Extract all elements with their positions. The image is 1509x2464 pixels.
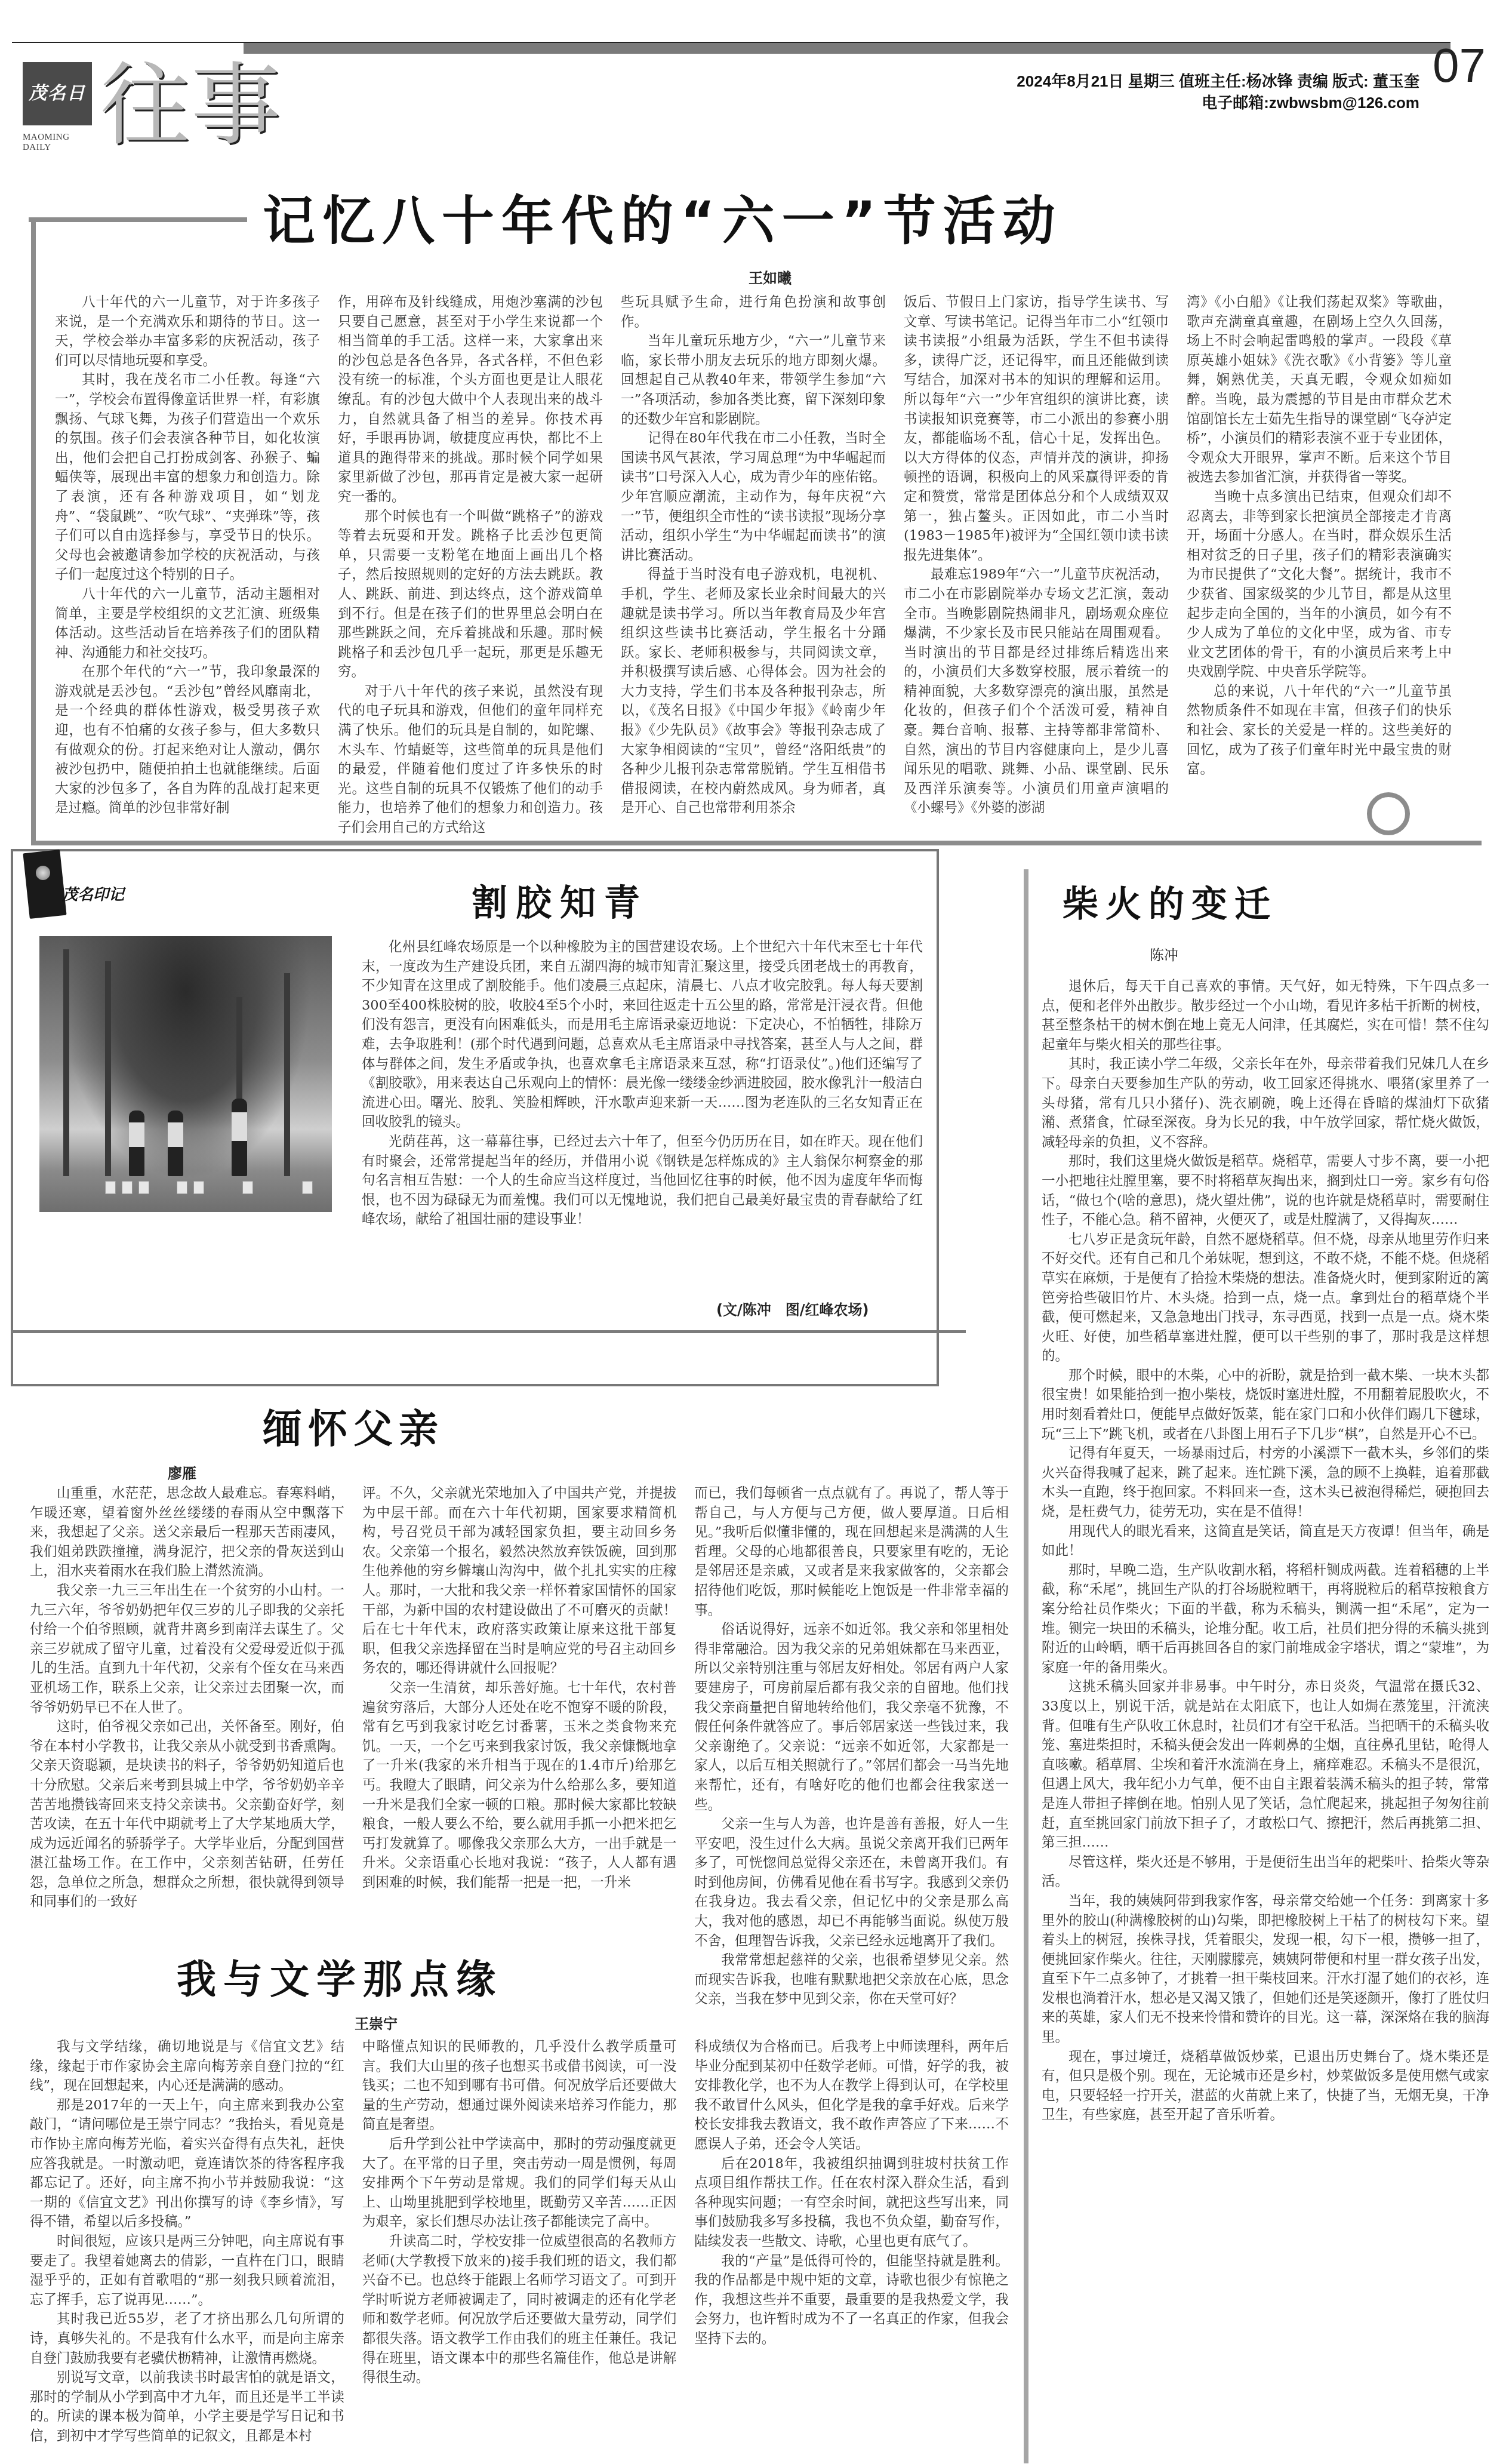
- paragraph: 山重重，水茫茫，思念故人最难忘。春寒料峭，乍暖还寒，望着窗外丝丝缕缕的春雨从空中…: [30, 1484, 344, 1581]
- article4-body: 山重重，水茫茫，思念故人最难忘。春寒料峭，乍暖还寒，望着窗外丝丝缕缕的春雨从空中…: [30, 1484, 1009, 1914]
- paragraph: 父亲一生与人为善，也许是善有善报，好人一生平安吧，没生过什么大病。虽说父亲离开我…: [694, 1814, 1009, 1951]
- paragraph: 其时，我在茂名市二小任教。每逢“六一”，学校会布置得像童话世界一样，有彩旗飘扬、…: [55, 370, 320, 585]
- paragraph: 八十年代的六一儿童节，活动主题相对简单，主要是学校组织的文艺汇演、班级集体活动。…: [55, 585, 320, 662]
- paragraph: 湾》《小白船》《让我们荡起双桨》等歌曲，歌声充满童真童趣，在剧场上空久久回荡，场…: [1187, 293, 1452, 487]
- paragraph: 记得有年夏天，一场暴雨过后，村旁的小溪漂下一截木头，乡邻们的柴火兴奋得我喊了起来…: [1042, 1444, 1489, 1521]
- paragraph: 那个时候也有一个叫做“跳格子”的游戏等着去玩耍和开发。跳格子比丢沙包更简单，只需…: [338, 507, 603, 682]
- paragraph: 我父亲一九三三年出生在一个贫穷的小山村。一九三六年，爷爷奶奶把年仅三岁的儿子即我…: [30, 1581, 344, 1717]
- paragraph: 我的“产量”是低得可怜的，但能坚持就是胜利。我的作品都是中规中矩的文章，诗歌也很…: [694, 2251, 1009, 2349]
- paragraph: 当晚十点多演出已结束，但观众们却不忍离去，非等到家长把演员全部接走才肯离开，场面…: [1187, 487, 1452, 682]
- article1-author: 王如曦: [734, 266, 806, 287]
- article5-column: 中略懂点知识的民师教的，几乎没什么教学质量可言。我们大山里的孩子也想买书或借书阅…: [362, 2037, 677, 2455]
- paragraph: 当年儿童玩乐地方少，“六一”儿童节来临，家长带小朋友去玩乐的地方即刻火爆。回想起…: [621, 331, 886, 429]
- newspaper-logo-english: MAOMING DAILY: [23, 133, 94, 153]
- paragraph: 饭后、节假日上门家访，指导学生读书、写文章、写读书笔记。记得当年市二小“红领巾读…: [904, 293, 1169, 565]
- paragraph: 在那个年代的“六一”节，我印象最深的游戏就是丢沙包。“丢沙包”曾经风靡南北，是一…: [55, 662, 320, 818]
- tree-trunk: [63, 949, 69, 1176]
- latex-bucket: [138, 1181, 149, 1194]
- article1-column: 饭后、节假日上门家访，指导学生读书、写文章、写读书笔记。记得当年市二小“红领巾读…: [904, 293, 1169, 818]
- paragraph: 那时，我们这里烧火做饭是稻草。烧稻草，需要人寸步不离，要一小把一小把地往灶膛里塞…: [1042, 1152, 1489, 1229]
- latex-bucket: [177, 1181, 187, 1194]
- person-figure: [232, 1099, 247, 1176]
- paragraph: 那时，早晚二造，生产队收割水稻，将稻杆铡成两截。连着稻穗的上半截，称“禾尾”，挑…: [1042, 1561, 1489, 1678]
- paragraph: 父亲一生清贫，却乐善好施。七十年代，农村普遍贫穷落后，大部分人还处在吃不饱穿不暖…: [362, 1678, 677, 1893]
- latex-bucket: [105, 1181, 116, 1194]
- tree-trunk: [284, 973, 290, 1176]
- paragraph: 我与文学结缘，确切地说是与《信宜文艺》结缘，缘起于市作家协会主席向梅芳亲自登门拉…: [30, 2037, 344, 2096]
- paragraph: 总的来说，八十年代的“六一”儿童节虽然物质条件不如现在丰富，但孩子们的快乐和社会…: [1187, 682, 1452, 779]
- article5-title: 我与文学那点缘: [177, 1948, 503, 2004]
- paragraph: 这时，伯爷视父亲如己出，关怀备至。刚好，伯爷在本村小学教书，让我父亲从小就受到书…: [30, 1717, 344, 1912]
- paragraph: 记得在80年代我在市二小任教，当时全国读书风气甚浓，学习周总理“为中华崛起而读书…: [621, 429, 886, 565]
- photo-credit: (文/陈冲 图/红峰农场): [716, 1298, 869, 1319]
- article2-body: 化州县红峰农场原是一个以种橡胶为主的国营建设农场。上个世纪六十年代末至七十年代末…: [362, 937, 923, 1229]
- rose-icon: [36, 866, 50, 880]
- paragraph: 后在2018年，我被组织抽调到驻坡村扶贫工作点项目组作帮扶工作。任在农村深入群众…: [694, 2154, 1009, 2251]
- paragraph: 些玩具赋予生命，进行角色扮演和故事创作。: [621, 293, 886, 331]
- article4-column: 山重重，水茫茫，思念故人最难忘。春寒料峭，乍暖还寒，望着窗外丝丝缕缕的春雨从空中…: [30, 1484, 344, 1914]
- article4-title: 缅怀父亲: [263, 1397, 444, 1454]
- rubber-tapping-photo: [39, 936, 332, 1212]
- article4-author: 廖雁: [137, 1462, 227, 1482]
- article1-column: 八十年代的六一儿童节，对于许多孩子来说，是一个充满欢乐和期待的节日。这一天，学校…: [55, 293, 320, 818]
- paragraph: 最难忘1989年“六一”儿童节庆祝活动，市二小在市影剧院举办专场文艺汇演，轰动全…: [904, 565, 1169, 818]
- latex-bucket: [302, 1181, 313, 1194]
- paragraph: 那是2017年的一天上午，向主席来到我办公室敲门，“请问哪位是王崇宁同志？”我抬…: [30, 2096, 344, 2232]
- paragraph: 其时，我正读小学二年级，父亲长年在外，母亲带着我们兄妹几人在乡下。母亲白天要参加…: [1042, 1054, 1489, 1152]
- email-line: 电子邮箱:zwbwsbm@126.com: [1202, 91, 1419, 113]
- paragraph: 光荫荏苒，这一幕幕往事，已经过去六十年了，但至今仍历历在目，如在昨天。现在他们有…: [362, 1132, 923, 1229]
- paragraph: 中略懂点知识的民师教的，几乎没什么教学质量可言。我们大山里的孩子也想买书或借书阅…: [362, 2037, 677, 2134]
- paragraph: 那个时候，眼中的木柴，心中的祈盼，就是拾到一截木柴、一块木头都很宝贵！如果能拾到…: [1042, 1366, 1489, 1444]
- paragraph: 化州县红峰农场原是一个以种橡胶为主的国营建设农场。上个世纪六十年代末至七十年代末…: [362, 937, 923, 1132]
- latex-bucket: [242, 1181, 253, 1194]
- paragraph: 升读高二时，学校安排一位威望很高的名教师方老师(大学教授下放来的)接手我们班的语…: [362, 2232, 677, 2388]
- newspaper-logo: 茂名日報: [23, 62, 92, 125]
- paragraph: 尽管这样，柴火还是不够用，于是便衍生出当年的耙柴叶、拾柴火等杂活。: [1042, 1853, 1489, 1891]
- article5-column: 科成绩仅为合格而已。后我考上中师读理科，两年后毕业分配到某初中任数学老师。可惜，…: [694, 2037, 1009, 2455]
- paragraph: 这挑禾稿头回家并非易事。中午时分，赤日炎炎，气温常在摄氏32、33度以上，别说干…: [1042, 1677, 1489, 1852]
- paragraph: 用现代人的眼光看来，这简直是笑话，简直是天方夜谭！但当年，确是如此！: [1042, 1522, 1489, 1561]
- column-name: 茂名印记: [62, 882, 124, 905]
- article5-author: 王崇宁: [334, 2012, 418, 2033]
- paragraph: 我常常想起慈祥的父亲，也很希望梦见父亲。然而现实告诉我，也唯有默默地把父亲放在心…: [694, 1951, 1009, 2009]
- article1-column: 作，用碎布及针线缝成，用炮沙塞满的沙包只要自己愿意，甚至对于小学生来说都一个相当…: [338, 293, 603, 818]
- section-divider: [11, 1330, 966, 1333]
- paragraph: 时间很短，应该只是两三分钟吧，向主席说有事要走了。我望着她离去的倩影，一直杵在门…: [30, 2232, 344, 2309]
- article3-title: 柴火的变迁: [1063, 876, 1277, 927]
- photo-album-icon: [23, 850, 66, 919]
- paragraph: 七八岁正是贪玩年龄，自然不愿烧稻草。但不烧，母亲从地里劳作归来不好交代。还有自己…: [1042, 1230, 1489, 1366]
- tree-trunk: [105, 961, 111, 1176]
- article3-body: 退休后，每天干自己喜欢的事情。天气好，如无特殊，下午四点多一点，便和老伴外出散步…: [1042, 977, 1489, 2125]
- date-editor-line: 2024年8月21日 星期三 值班主任:杨冰锋 责编 版式: 董玉奎: [1017, 69, 1419, 91]
- article5-body: 我与文学结缘，确切地说是与《信宜文艺》结缘，缘起于市作家协会主席向梅芳亲自登门拉…: [30, 2037, 1009, 2455]
- paragraph: 科成绩仅为合格而已。后我考上中师读理科，两年后毕业分配到某初中任数学老师。可惜，…: [694, 2037, 1009, 2154]
- article1-frame-top: [29, 217, 247, 222]
- latex-bucket: [122, 1181, 133, 1194]
- masthead-bar: [244, 43, 1451, 54]
- section-title: 往事: [100, 55, 282, 156]
- paragraph: 后升学到公社中学读高中，那时的劳动强度就更大了。在平常的日子里，突击劳动一周是惯…: [362, 2134, 677, 2232]
- person-figure: [129, 1111, 144, 1176]
- latex-bucket: [193, 1181, 204, 1194]
- paragraph: 现在，事过境迁，烧稻草做饭炒菜，已退出历史舞台了。烧木柴还是有，但只是极个别。现…: [1042, 2047, 1489, 2125]
- article1-column: 些玩具赋予生命，进行角色扮演和故事创作。当年儿童玩乐地方少，“六一”儿童节来临，…: [621, 293, 886, 818]
- paragraph: 作，用碎布及针线缝成，用炮沙塞满的沙包只要自己愿意，甚至对于小学生来说都一个相当…: [338, 293, 603, 507]
- article1-title: 记忆八十年代的“六一”节活动: [263, 179, 1063, 254]
- paragraph: 退休后，每天干自己喜欢的事情。天气好，如无特殊，下午四点多一点，便和老伴外出散步…: [1042, 977, 1489, 1054]
- paragraph: 对于八十年代的孩子来说，虽然没有现代的电子玩具和游戏，但他们的童年同样充满了快乐…: [338, 682, 603, 838]
- paragraph: 其时我已近55岁，老了才挤出那么几句所谓的诗，真够失礼的。不是我有什么水平，而是…: [30, 2309, 344, 2368]
- person-figure: [168, 1111, 183, 1176]
- paragraph: 当年，我的姨姨阿带到我家作客，母亲常交给她一个任务：到离家十多里外的胶山(种满橡…: [1042, 1891, 1489, 2047]
- article4-column: 评。不久，父亲就光荣地加入了中国共产党，并提拔为中层干部。而在六十年代初期，国家…: [362, 1484, 677, 1914]
- paragraph: 八十年代的六一儿童节，对于许多孩子来说，是一个充满欢乐和期待的节日。这一天，学校…: [55, 293, 320, 370]
- article1-column: 湾》《小白船》《让我们荡起双桨》等歌曲，歌声充满童真童趣，在剧场上空久久回荡，场…: [1187, 293, 1452, 818]
- column-divider: [1024, 869, 1028, 2463]
- paragraph: 俗话说得好，远亲不如近邻。我父亲和邻里相处得非常融洽。因为我父亲的兄弟姐妹都在马…: [694, 1620, 1009, 1814]
- article3-author: 陈冲: [1122, 943, 1206, 964]
- article5-column: 我与文学结缘，确切地说是与《信宜文艺》结缘，缘起于市作家协会主席向梅芳亲自登门拉…: [30, 2037, 344, 2455]
- paragraph: 而已，我们每顿省一点点就有了。再说了，帮人等于帮自己，与人方便与己方便，做人要厚…: [694, 1484, 1009, 1620]
- paragraph: 得益于当时没有电子游戏机，电视机、手机，学生、老师及家长业余时间最大的兴趣就是读…: [621, 565, 886, 818]
- article4-column: 而已，我们每顿省一点点就有了。再说了，帮人等于帮自己，与人方便与己方便，做人要厚…: [694, 1484, 1009, 1914]
- paragraph: 别说写文章，以前我读书时最害怕的就是语文，那时的学制从小学到高中才九年，而且还是…: [30, 2368, 344, 2445]
- article2-title: 割胶知青: [472, 875, 648, 926]
- page-number: 07: [1433, 38, 1486, 93]
- paragraph: 评。不久，父亲就光荣地加入了中国共产党，并提拔为中层干部。而在六十年代初期，国家…: [362, 1484, 677, 1678]
- article1-body: 八十年代的六一儿童节，对于许多孩子来说，是一个充满欢乐和期待的节日。这一天，学校…: [55, 293, 1452, 818]
